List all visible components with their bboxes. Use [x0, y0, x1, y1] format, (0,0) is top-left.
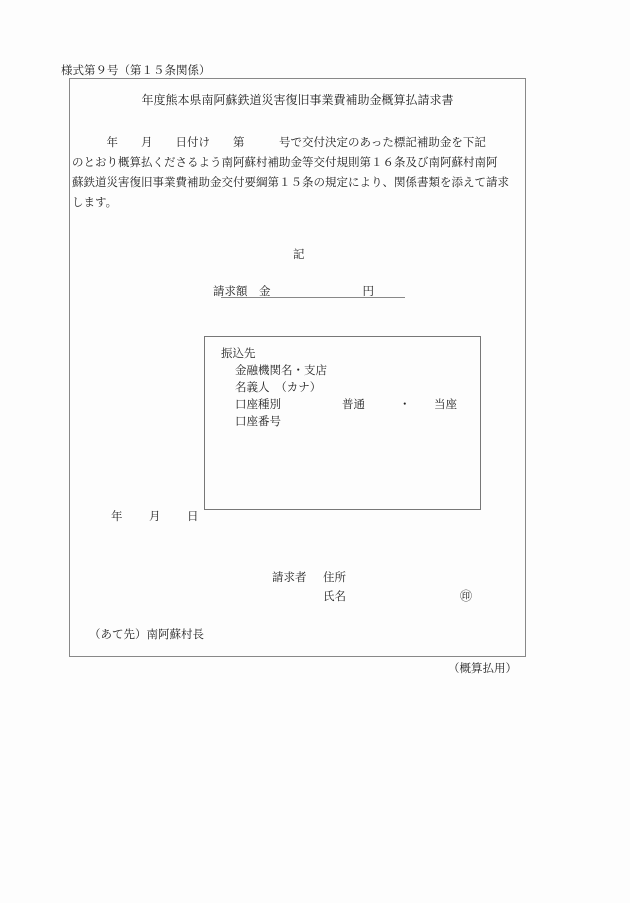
form-number-label: 様式第９号（第１５条関係）	[61, 62, 211, 78]
account-type-ordinary-option[interactable]: 普通	[342, 396, 365, 412]
addressee-label: （あて先）南阿蘇村長	[89, 626, 204, 642]
requester-name-field[interactable]: 氏名	[323, 588, 346, 604]
account-holder-field[interactable]: 名義人 （カナ）	[235, 379, 321, 395]
account-type-separator: ・	[399, 396, 411, 412]
transfer-heading: 振込先	[221, 345, 256, 361]
bank-branch-field[interactable]: 金融機関名・支店	[235, 362, 327, 378]
requester-label: 請求者	[272, 569, 307, 585]
body-line: 蘇鉄道災害復旧事業費補助金交付要綱第１５条の規定により、関係書類を添えて請求	[72, 172, 524, 192]
seal-icon: ㊞	[460, 587, 472, 604]
request-body-paragraph: 年 月 日付け 第 号で交付決定のあった標記補助金を下記 のとおり概算払くださる…	[72, 132, 524, 212]
date-year-field[interactable]: 年	[111, 508, 123, 524]
requester-address-field[interactable]: 住所	[323, 569, 346, 585]
body-line: 年 月 日付け 第 号で交付決定のあった標記補助金を下記	[72, 132, 524, 152]
usage-note: （概算払用）	[448, 660, 517, 676]
account-number-field[interactable]: 口座番号	[235, 413, 281, 429]
claim-amount-underline	[221, 297, 405, 298]
date-day-field[interactable]: 日	[187, 508, 199, 524]
account-type-label: 口座種別	[235, 396, 281, 412]
date-month-field[interactable]: 月	[149, 508, 161, 524]
document-title: 年度熊本県南阿蘇鉄道災害復旧事業費補助金概算払請求書	[70, 91, 525, 108]
ki-heading: 記	[293, 246, 305, 262]
account-type-current-option[interactable]: 当座	[434, 396, 457, 412]
body-line: します。	[72, 192, 524, 212]
body-line: のとおり概算払くださるよう南阿蘇村補助金等交付規則第１６条及び南阿蘇村南阿	[72, 152, 524, 172]
